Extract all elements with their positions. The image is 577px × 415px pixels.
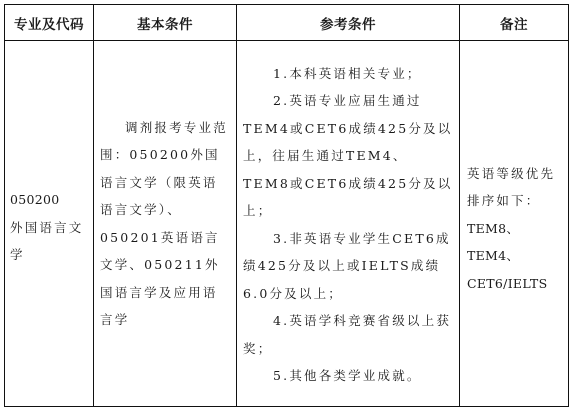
header-notes: 备注 [460,5,569,41]
admission-requirements-table: 专业及代码 基本条件 参考条件 备注 050200 外国语言文学 调剂报考专业范… [4,4,569,407]
major-name: 外国语言文学 [10,214,93,269]
notes-priority-order: TEM8、TEM4、CET6/IELTS [467,215,568,298]
header-basic-conditions: 基本条件 [94,5,237,41]
major-code: 050200 [10,186,93,214]
reference-item-4: 4.英语学科竞赛省级以上获奖； [243,307,453,362]
reference-item-1: 1.本科英语相关专业； [243,60,453,88]
header-major-code: 专业及代码 [5,5,94,41]
basic-conditions-cell: 调剂报考专业范围：050200外国语言文学（限英语语言文学）、050201英语语… [94,41,237,407]
notes-cell: 英语等级优先排序如下： TEM8、TEM4、CET6/IELTS [460,41,569,407]
table-row: 050200 外国语言文学 调剂报考专业范围：050200外国语言文学（限英语语… [5,41,569,407]
notes-priority-label: 英语等级优先排序如下： [467,160,568,215]
reference-item-5: 5.其他各类学业成就。 [243,362,453,390]
reference-item-3: 3.非英语专业学生CET6成绩425分及以上或IELTS成绩6.0分及以上； [243,225,453,308]
reference-conditions-cell: 1.本科英语相关专业； 2.英语专业应届生通过TEM4或CET6成绩425分及以… [237,41,460,407]
header-reference-conditions: 参考条件 [237,5,460,41]
reference-item-2: 2.英语专业应届生通过TEM4或CET6成绩425分及以上，往届生通过TEM4、… [243,87,453,225]
header-row: 专业及代码 基本条件 参考条件 备注 [5,5,569,41]
major-cell: 050200 外国语言文学 [5,41,94,407]
basic-conditions-text: 调剂报考专业范围：050200外国语言文学（限英语语言文学）、050201英语语… [100,114,232,334]
